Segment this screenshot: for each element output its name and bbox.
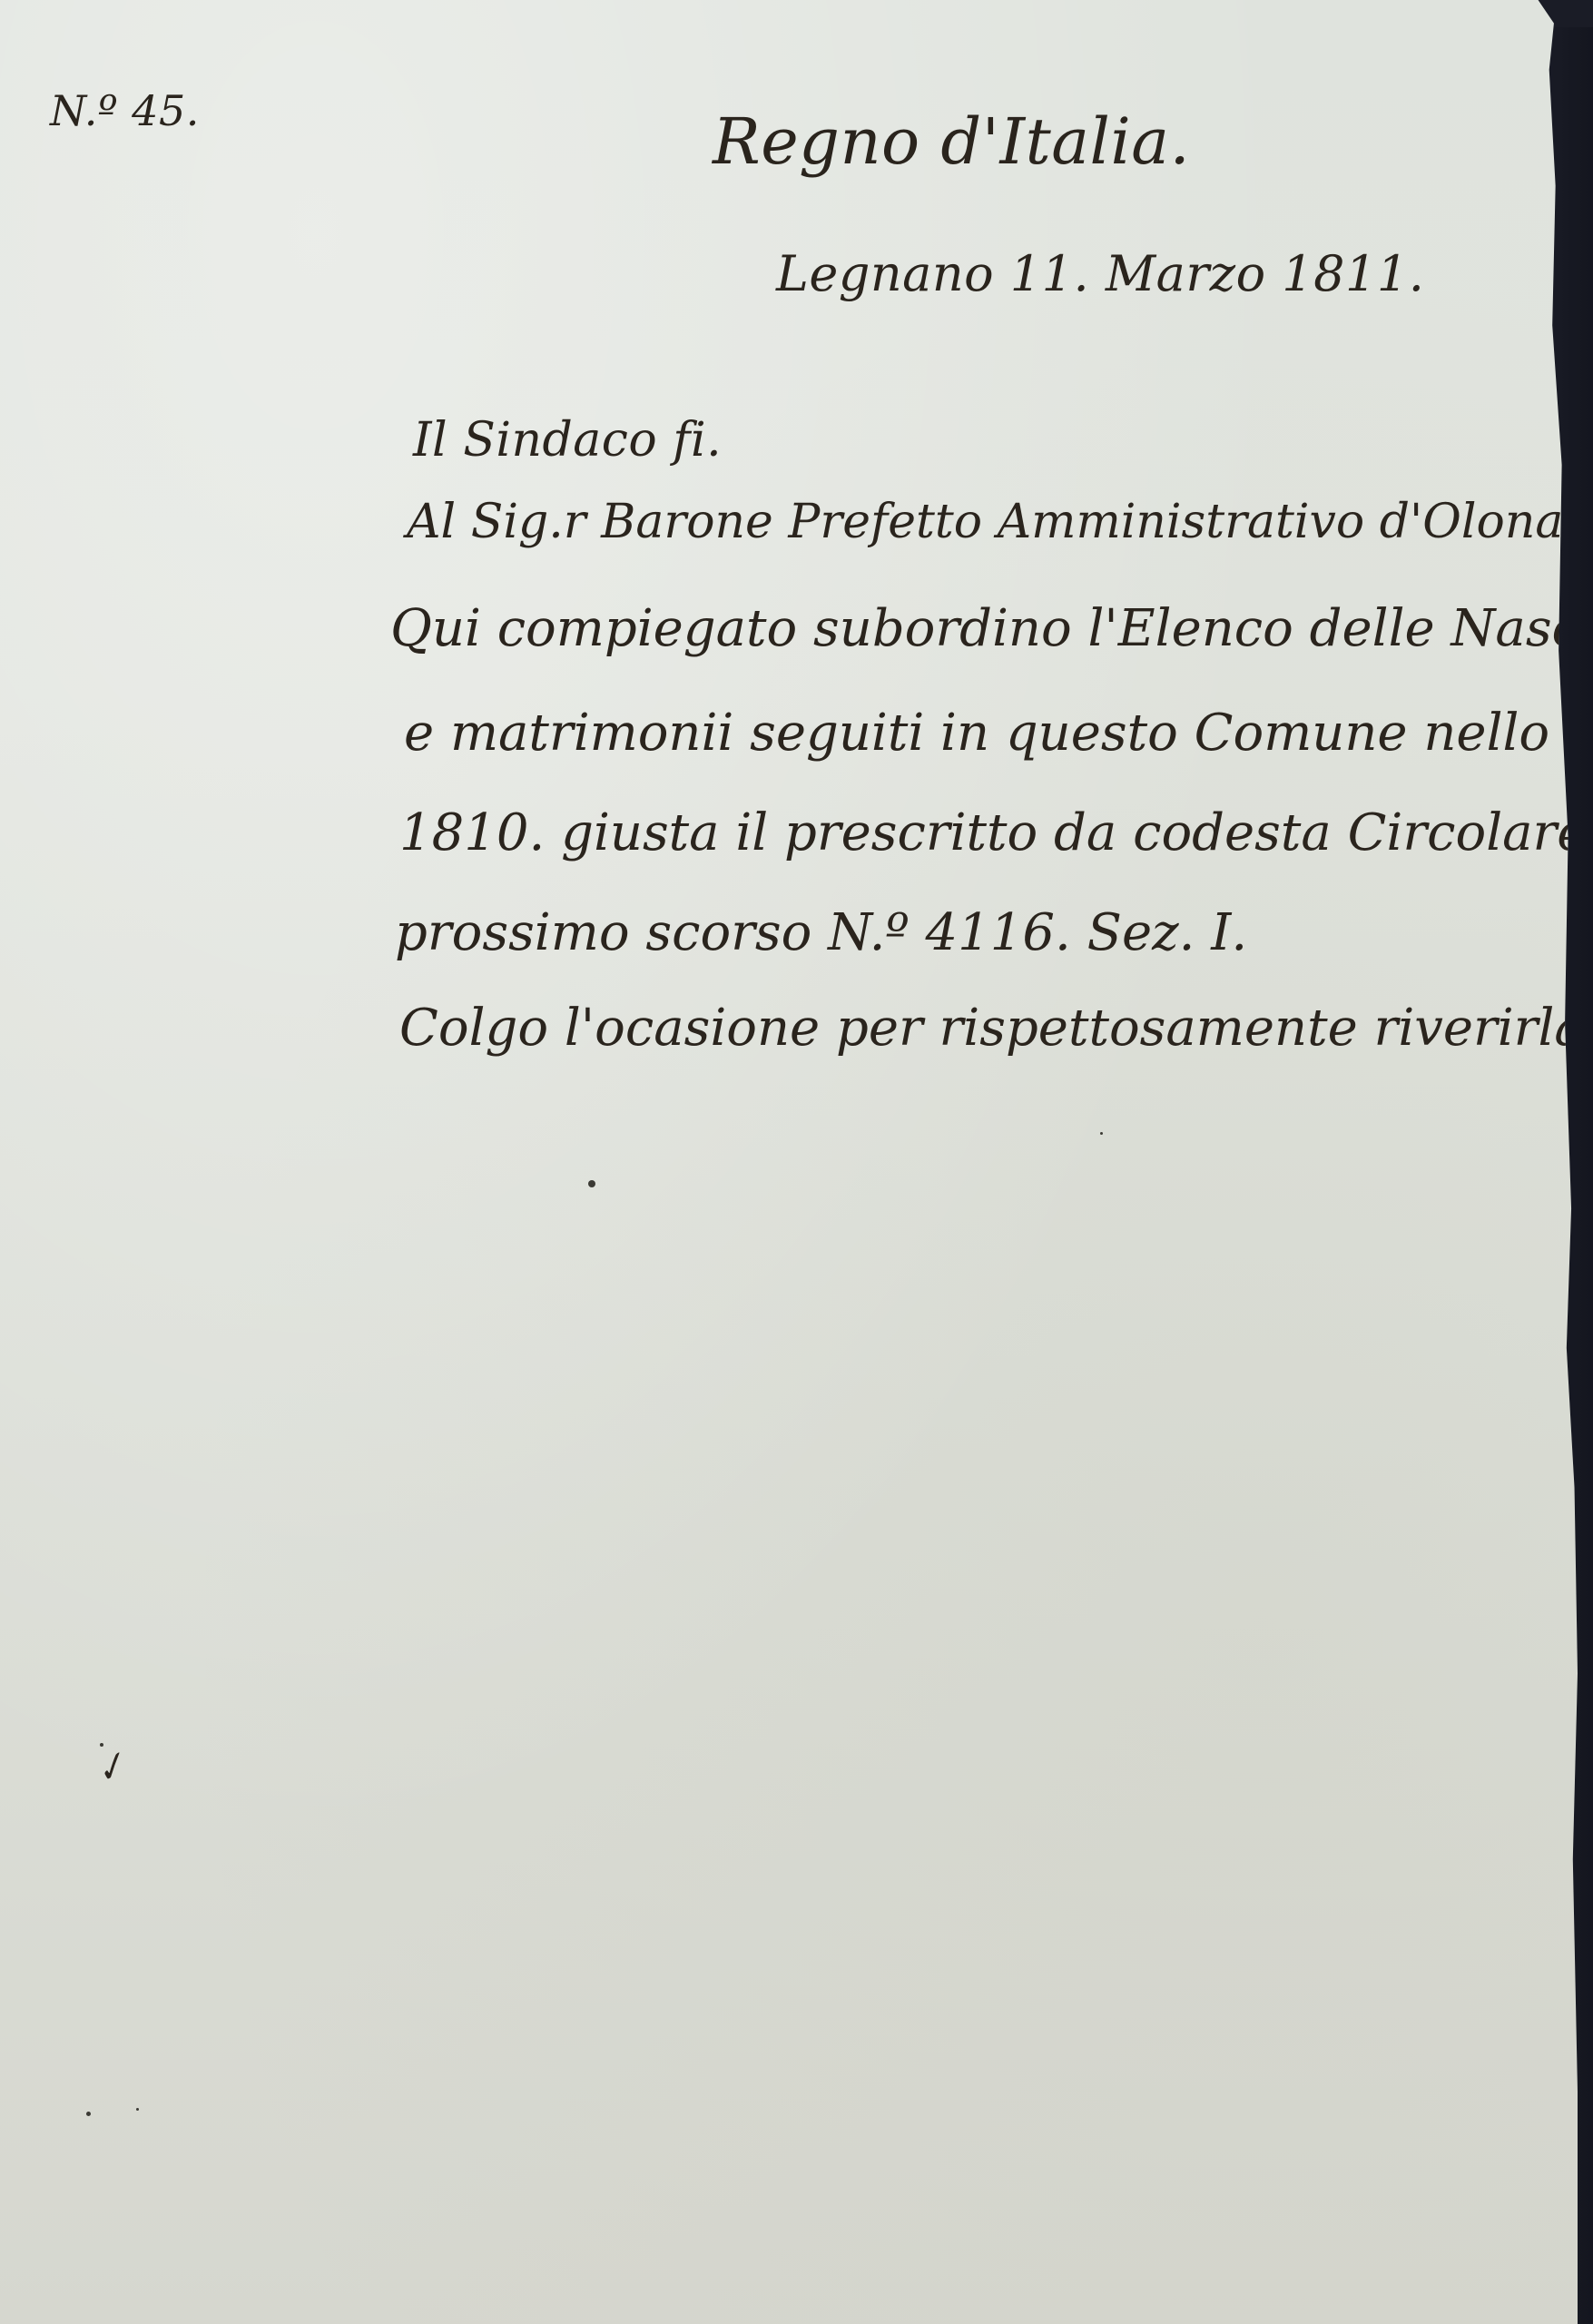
closing-line: Colgo l'ocasione per rispettosamente riv… [399,999,1593,1058]
body-line: e matrimonii seguiti in questo Comune ne… [404,704,1593,763]
paper-speck [1100,1132,1103,1135]
reference-number: N.º 45. [50,86,200,135]
body-line: prossimo scorso N.º 4116. Sez. I. [395,903,1247,962]
body-line: 1810. giusta il prescritto da codesta Ci… [399,803,1593,862]
recipient-line: Al Sig.r Barone Prefetto Amministrativo … [407,495,1593,549]
paper-speck [86,2112,91,2116]
paper-speck [100,1743,103,1747]
body-line: Qui compiegato subordino l'Elenco delle … [390,599,1593,658]
margin-tick-icon: ✓ [88,1743,133,1794]
place-and-date: Legnano 11. Marzo 1811. [776,245,1424,302]
paper-speck [136,2108,139,2111]
letter-sheet: N.º 45. Regno d'Italia. Legnano 11. Marz… [0,0,1578,2324]
paper-speck [588,1180,595,1187]
sender-line: Il Sindaco fi. [413,413,722,468]
letter-heading: Regno d'Italia. [713,104,1190,179]
